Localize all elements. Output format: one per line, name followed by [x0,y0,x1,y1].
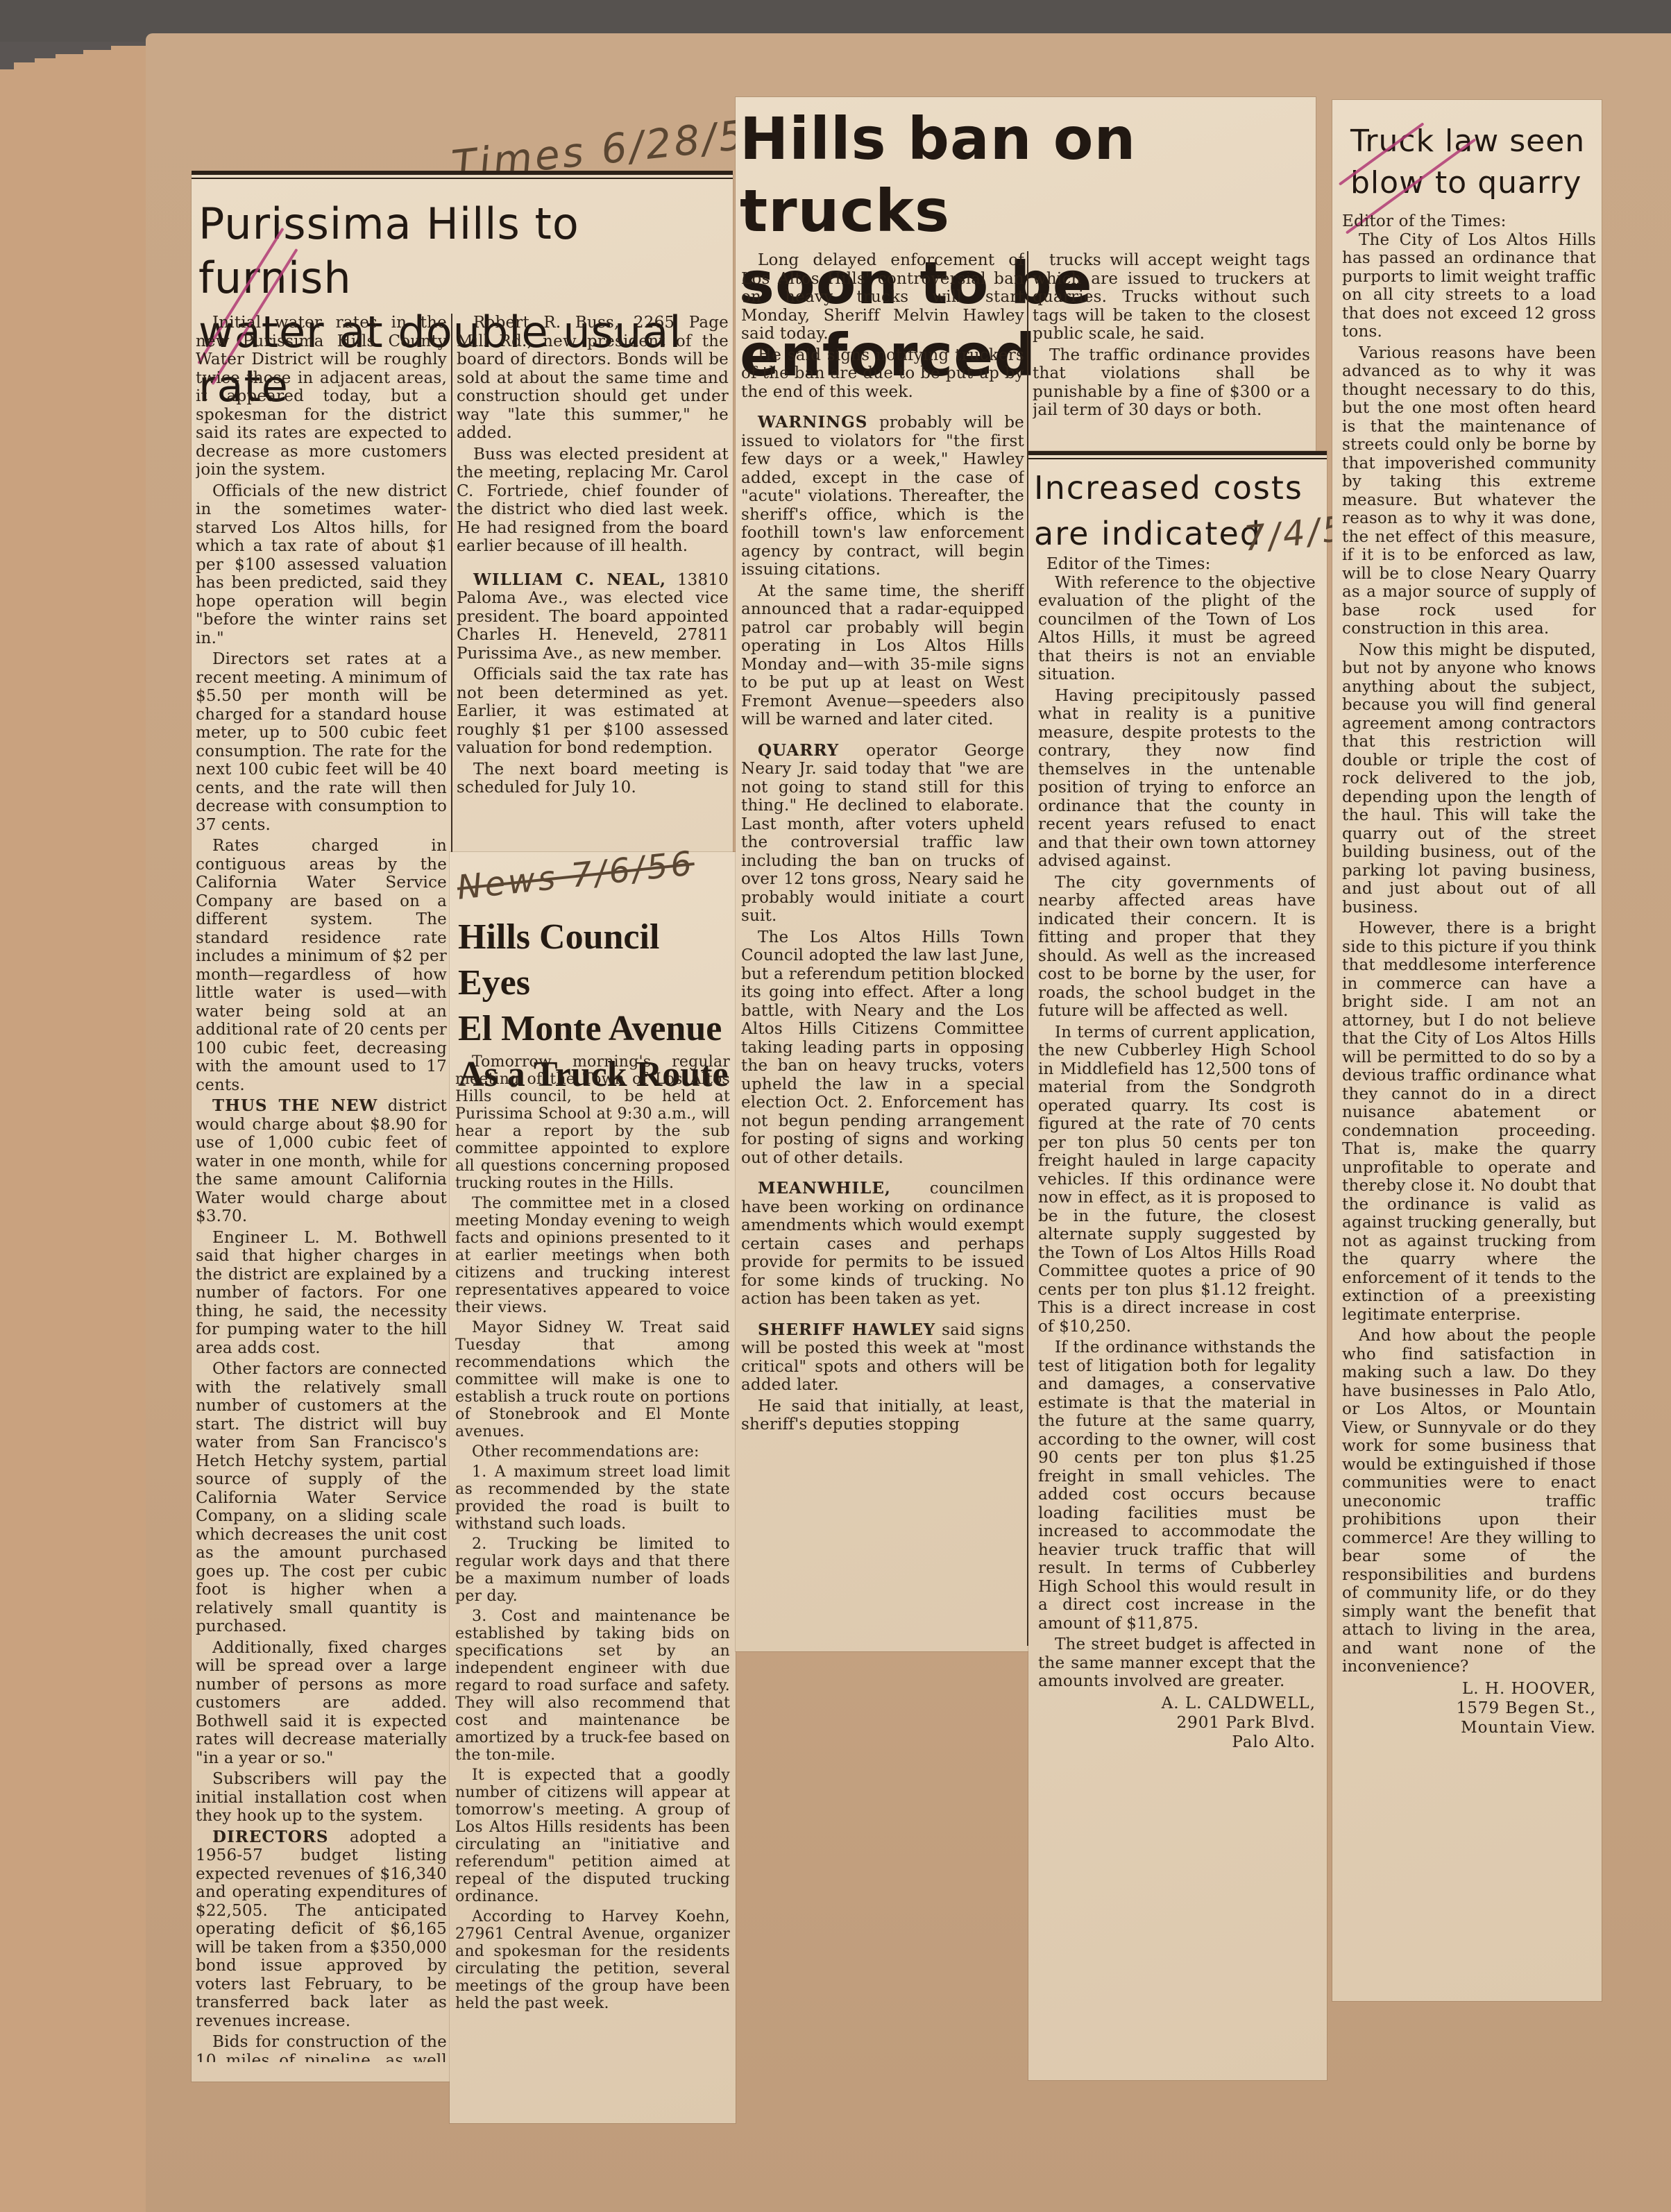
paragraph: Directors set rates at a recent meeting.… [196,650,447,834]
paragraph: Additionally, fixed charges will be spre… [196,1639,447,1768]
handwritten-date-news: News 7/6/56 [455,844,696,908]
paragraph: Officials of the new district in the som… [196,482,447,648]
clipping-council-eyes: News 7/6/56 Hills Council Eyes El Monte … [450,852,736,2123]
paragraph: Other factors are connected with the rel… [196,1360,447,1636]
paragraph: The traffic ordinance provides that viol… [1033,346,1310,420]
paragraph: The city governments of nearby affected … [1038,874,1316,1021]
paragraph: And how about the people who find satisf… [1342,1327,1596,1676]
paragraph: Having precipitously passed what in real… [1038,687,1316,871]
paragraph: 1. A maximum street load limit as recomm… [455,1463,730,1533]
purissima-column-1: Initial water rates in the new Purissima… [196,314,447,2062]
paragraph: The next board meeting is scheduled for … [457,760,729,797]
paragraph: The street budget is affected in the sam… [1038,1635,1316,1691]
paragraph: Officials said the tax rate has not been… [457,665,729,758]
clipping-truck-law-quarry: Truck law seen blow to quarry Editor of … [1332,100,1602,2001]
paragraph: 3. Cost and maintenance be established b… [455,1608,730,1764]
signature-caldwell: A. L. CALDWELL,2901 Park Blvd.Palo Alto. [1038,1694,1316,1752]
paragraph: Mayor Sidney W. Treat said Tuesday that … [455,1319,730,1440]
paragraph: Robert R. Buss, 2265 Page Mill Rd., new … [457,314,729,443]
ban-enforced-column-1: Long delayed enforcement of Los Altos Hi… [741,251,1024,1646]
paragraph: Other recommendations are: [455,1443,730,1461]
paragraph: The committee met in a closed meeting Mo… [455,1195,730,1316]
paragraph: Bids for construction of the 10 miles of… [196,2033,447,2062]
paragraph: At the same time, the sheriff announced … [741,582,1024,729]
council-eyes-body: Tomorrow morning's regular meeting of th… [455,1053,730,2108]
paragraph: Rates charged in contiguous areas by the… [196,837,447,1094]
paragraph: It is expected that a goodly number of c… [455,1767,730,1905]
clipping-increased-costs: Increased costs are indicated 7/4/5 Edit… [1028,451,1327,2080]
paragraph: According to Harvey Koehn, 27961 Central… [455,1908,730,2012]
paragraph: Various reasons have been advanced as to… [1342,344,1596,638]
truck-law-body: Editor of the Times: The City of Los Alt… [1342,212,1596,1996]
paragraph: The Los Altos Hills Town Council adopted… [741,928,1024,1168]
signature-hoover: L. H. HOOVER,1579 Begen St.,Mountain Vie… [1342,1679,1596,1737]
paragraph: Initial water rates in the new Purissima… [196,314,447,479]
paragraph: With reference to the objective evaluati… [1038,574,1316,684]
paragraph: The City of Los Altos Hills has passed a… [1342,231,1596,341]
scrapbook-page-stack [0,42,167,2212]
paragraph: Buss was elected president at the meetin… [457,445,729,556]
paragraph: Engineer L. M. Bothwell said that higher… [196,1229,447,1358]
paragraph: 2. Trucking be limited to regular work d… [455,1535,730,1605]
paragraph: In terms of current application, the new… [1038,1023,1316,1336]
paragraph: Tomorrow morning's regular meeting of th… [455,1053,730,1192]
paragraph: Long delayed enforcement of Los Altos Hi… [741,251,1024,343]
headline-truck-law: Truck law seen blow to quarry [1350,121,1585,204]
paragraph: trucks will accept weight tags which are… [1033,251,1310,343]
increased-costs-body: Editor of the Times: With reference to t… [1038,555,1316,2075]
paragraph: However, there is a bright side to this … [1342,919,1596,1324]
paragraph: If the ordinance withstands the test of … [1038,1338,1316,1633]
paragraph: Now this might be disputed, but not by a… [1342,641,1596,917]
paragraph: Subscribers will pay the initial install… [196,1770,447,1826]
paragraph: He said that initially, at least, sherif… [741,1397,1024,1434]
paragraph: He said signs notifying truckers of the … [741,346,1024,402]
